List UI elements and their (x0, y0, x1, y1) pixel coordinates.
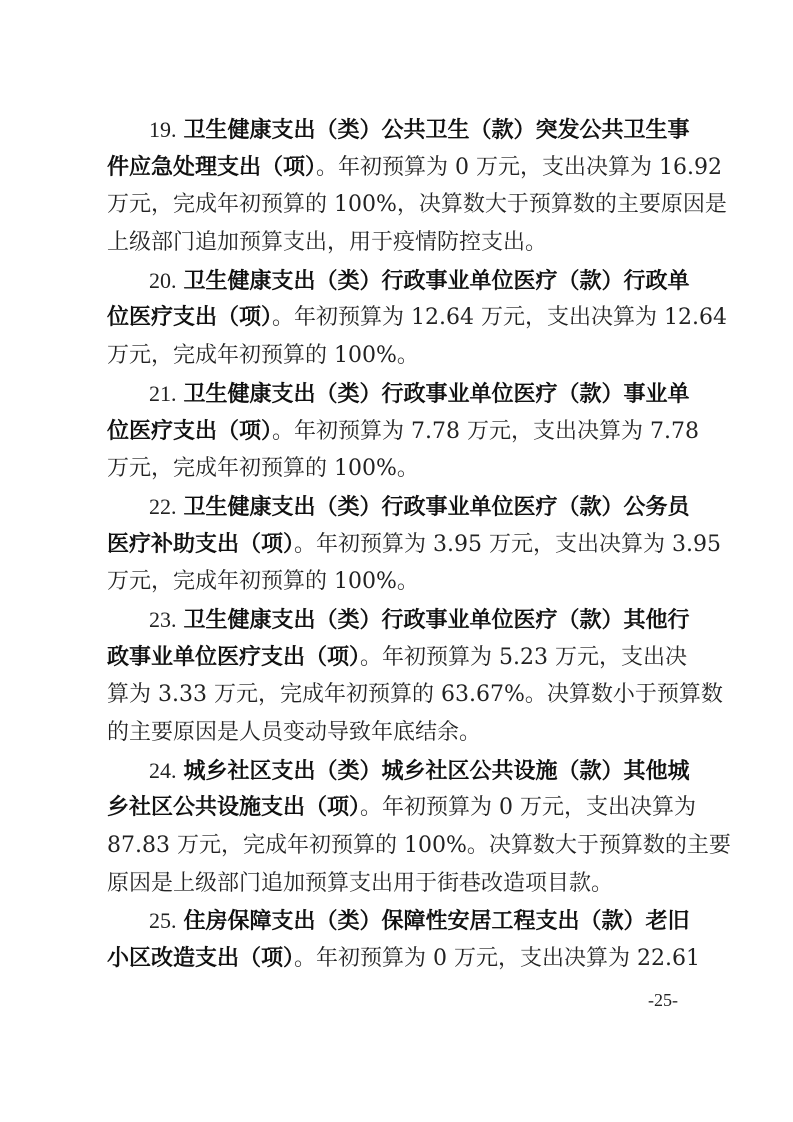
paragraph-line: 万元，完成年初预算的 100%。 (107, 563, 673, 601)
item-number: 20. (149, 268, 177, 293)
paragraph-line: 21. 卫生健康支出（类）行政事业单位医疗（款）事业单 (107, 375, 673, 413)
item-heading: 住房保障支出（类）保障性安居工程支出（款）老旧 (184, 909, 690, 934)
paragraph-line: 位医疗支出（项）。年初预算为 7.78 万元，支出决算为 7.78 (107, 413, 673, 451)
paragraph-25: 25. 住房保障支出（类）保障性安居工程支出（款）老旧 小区改造支出（项）。年初… (107, 902, 673, 977)
paragraph-21: 21. 卫生健康支出（类）行政事业单位医疗（款）事业单 位医疗支出（项）。年初预… (107, 375, 673, 488)
item-text: 87.83 万元，完成年初预算的 100%。决算数大于预算数的主要 (107, 833, 731, 858)
paragraph-24: 24. 城乡社区支出（类）城乡社区公共设施（款）其他城 乡社区公共设施支出（项）… (107, 752, 673, 903)
item-heading: 卫生健康支出（类）行政事业单位医疗（款）行政单 (184, 269, 690, 294)
item-heading: 位医疗支出（项） (107, 305, 272, 330)
item-text: 万元，完成年初预算的 100%。 (107, 569, 419, 594)
paragraph-line: 20. 卫生健康支出（类）行政事业单位医疗（款）行政单 (107, 262, 673, 300)
item-heading: 政事业单位医疗支出（项） (107, 645, 360, 670)
paragraph-line: 医疗补助支出（项）。年初预算为 3.95 万元，支出决算为 3.95 (107, 526, 673, 564)
paragraph-line: 政事业单位医疗支出（项）。年初预算为 5.23 万元，支出决 (107, 639, 673, 677)
item-heading: 卫生健康支出（类）行政事业单位医疗（款）其他行 (184, 608, 690, 633)
paragraph-line: 万元，完成年初预算的 100%，决算数大于预算数的主要原因是 (107, 186, 673, 224)
page-number: -25- (648, 990, 678, 1011)
item-text: 万元，完成年初预算的 100%。 (107, 343, 419, 368)
paragraph-line: 原因是上级部门追加预算支出用于街巷改造项目款。 (107, 865, 673, 903)
item-text: 。年初预算为 3.95 万元，支出决算为 3.95 (294, 532, 721, 557)
paragraph-line: 22. 卫生健康支出（类）行政事业单位医疗（款）公务员 (107, 488, 673, 526)
paragraph-line: 19. 卫生健康支出（类）公共卫生（款）突发公共卫生事 (107, 111, 673, 149)
item-text: 算为 3.33 万元，完成年初预算的 63.67%。决算数小于预算数 (107, 682, 723, 707)
document-body: 19. 卫生健康支出（类）公共卫生（款）突发公共卫生事 件应急处理支出（项）。年… (107, 111, 673, 978)
item-number: 24. (149, 758, 177, 783)
paragraph-line: 万元，完成年初预算的 100%。 (107, 450, 673, 488)
item-text: 原因是上级部门追加预算支出用于街巷改造项目款。 (107, 871, 613, 896)
item-text: 。年初预算为 0 万元，支出决算为 22.61 (294, 946, 700, 971)
item-number: 21. (149, 381, 177, 406)
paragraph-line: 万元，完成年初预算的 100%。 (107, 337, 673, 375)
item-text: 上级部门追加预算支出，用于疫情防控支出。 (107, 230, 547, 255)
paragraph-line: 位医疗支出（项）。年初预算为 12.64 万元，支出决算为 12.64 (107, 299, 673, 337)
item-text: 万元，完成年初预算的 100%，决算数大于预算数的主要原因是 (107, 192, 727, 217)
item-heading: 位医疗支出（项） (107, 419, 272, 444)
item-text: 。年初预算为 7.78 万元，支出决算为 7.78 (272, 419, 699, 444)
item-text: 万元，完成年初预算的 100%。 (107, 456, 419, 481)
item-heading: 小区改造支出（项） (107, 946, 294, 971)
item-number: 22. (149, 494, 177, 519)
item-heading: 医疗补助支出（项） (107, 532, 294, 557)
item-text: 。年初预算为 12.64 万元，支出决算为 12.64 (272, 305, 727, 330)
item-text: 。年初预算为 0 万元，支出决算为 16.92 (316, 155, 722, 180)
paragraph-line: 的主要原因是人员变动导致年底结余。 (107, 714, 673, 752)
item-heading: 卫生健康支出（类）行政事业单位医疗（款）公务员 (184, 495, 690, 520)
item-text: 的主要原因是人员变动导致年底结余。 (107, 720, 481, 745)
item-heading: 卫生健康支出（类）公共卫生（款）突发公共卫生事 (184, 118, 690, 143)
paragraph-line: 件应急处理支出（项）。年初预算为 0 万元，支出决算为 16.92 (107, 149, 673, 187)
paragraph-line: 87.83 万元，完成年初预算的 100%。决算数大于预算数的主要 (107, 827, 673, 865)
paragraph-19: 19. 卫生健康支出（类）公共卫生（款）突发公共卫生事 件应急处理支出（项）。年… (107, 111, 673, 262)
item-heading: 卫生健康支出（类）行政事业单位医疗（款）事业单 (184, 382, 690, 407)
item-text: 。年初预算为 0 万元，支出决算为 (360, 795, 696, 820)
item-heading: 乡社区公共设施支出（项） (107, 795, 360, 820)
document-page: 19. 卫生健康支出（类）公共卫生（款）突发公共卫生事 件应急处理支出（项）。年… (0, 0, 793, 1122)
paragraph-22: 22. 卫生健康支出（类）行政事业单位医疗（款）公务员 医疗补助支出（项）。年初… (107, 488, 673, 601)
item-number: 25. (149, 908, 177, 933)
paragraph-line: 上级部门追加预算支出，用于疫情防控支出。 (107, 224, 673, 262)
paragraph-23: 23. 卫生健康支出（类）行政事业单位医疗（款）其他行 政事业单位医疗支出（项）… (107, 601, 673, 752)
paragraph-line: 算为 3.33 万元，完成年初预算的 63.67%。决算数小于预算数 (107, 676, 673, 714)
item-number: 23. (149, 607, 177, 632)
paragraph-line: 24. 城乡社区支出（类）城乡社区公共设施（款）其他城 (107, 752, 673, 790)
item-heading: 城乡社区支出（类）城乡社区公共设施（款）其他城 (184, 759, 690, 784)
paragraph-20: 20. 卫生健康支出（类）行政事业单位医疗（款）行政单 位医疗支出（项）。年初预… (107, 262, 673, 375)
item-heading: 件应急处理支出（项） (107, 155, 316, 180)
paragraph-line: 乡社区公共设施支出（项）。年初预算为 0 万元，支出决算为 (107, 789, 673, 827)
paragraph-line: 25. 住房保障支出（类）保障性安居工程支出（款）老旧 (107, 902, 673, 940)
paragraph-line: 小区改造支出（项）。年初预算为 0 万元，支出决算为 22.61 (107, 940, 673, 978)
item-text: 。年初预算为 5.23 万元，支出决 (360, 645, 687, 670)
item-number: 19. (149, 117, 177, 142)
paragraph-line: 23. 卫生健康支出（类）行政事业单位医疗（款）其他行 (107, 601, 673, 639)
